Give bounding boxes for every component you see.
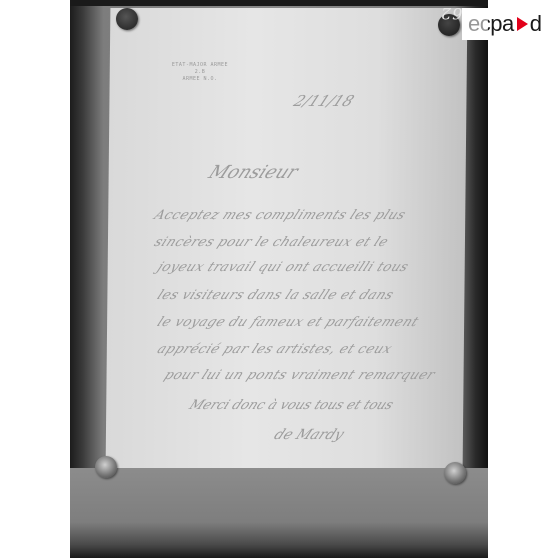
- play-arrow-icon: [517, 17, 528, 31]
- letter-salutation: Monsieur: [205, 162, 302, 183]
- letter-body-line: les visiteurs dans la salle et dans: [155, 288, 397, 303]
- letter-body-line: le voyage du fameux et parfaitement: [155, 315, 422, 330]
- pin-bottom-right-icon: [444, 462, 466, 484]
- letterhead-line: ETAT-MAJOR ARMEE: [160, 62, 240, 69]
- letter-date: 2/11/18: [291, 92, 357, 110]
- letter-signature: de Mardy: [271, 427, 346, 443]
- pin-top-left-icon: [116, 8, 138, 30]
- photo-frame-edge: [70, 0, 488, 6]
- letter-body-line: pour lui un ponts vraiment remarquer: [162, 368, 438, 383]
- archival-photograph: 5262 ETAT-MAJOR ARMEE 2.B ARMEE N.O. 2/1…: [70, 0, 488, 558]
- logo-overlap-fade: [462, 8, 488, 40]
- letter-body-line: joyeux travail qui ont accueilli tous: [155, 260, 412, 275]
- letter-body-line: apprécié par les artistes, et ceux: [155, 342, 395, 357]
- letterhead: ETAT-MAJOR ARMEE 2.B ARMEE N.O.: [160, 62, 240, 83]
- letter-closing: Merci donc à vous tous et tous: [187, 398, 396, 413]
- letterhead-line: 2.B: [160, 69, 240, 76]
- photo-board-background: [70, 468, 488, 558]
- logo-suffix-text: d: [530, 11, 542, 37]
- letter-body-line: Acceptez mes compliments les plus: [152, 208, 409, 223]
- pin-bottom-left-icon: [95, 456, 117, 478]
- letter-body-line: sincères pour le chaleureux et le: [152, 235, 392, 250]
- letterhead-line: ARMEE N.O.: [160, 76, 240, 83]
